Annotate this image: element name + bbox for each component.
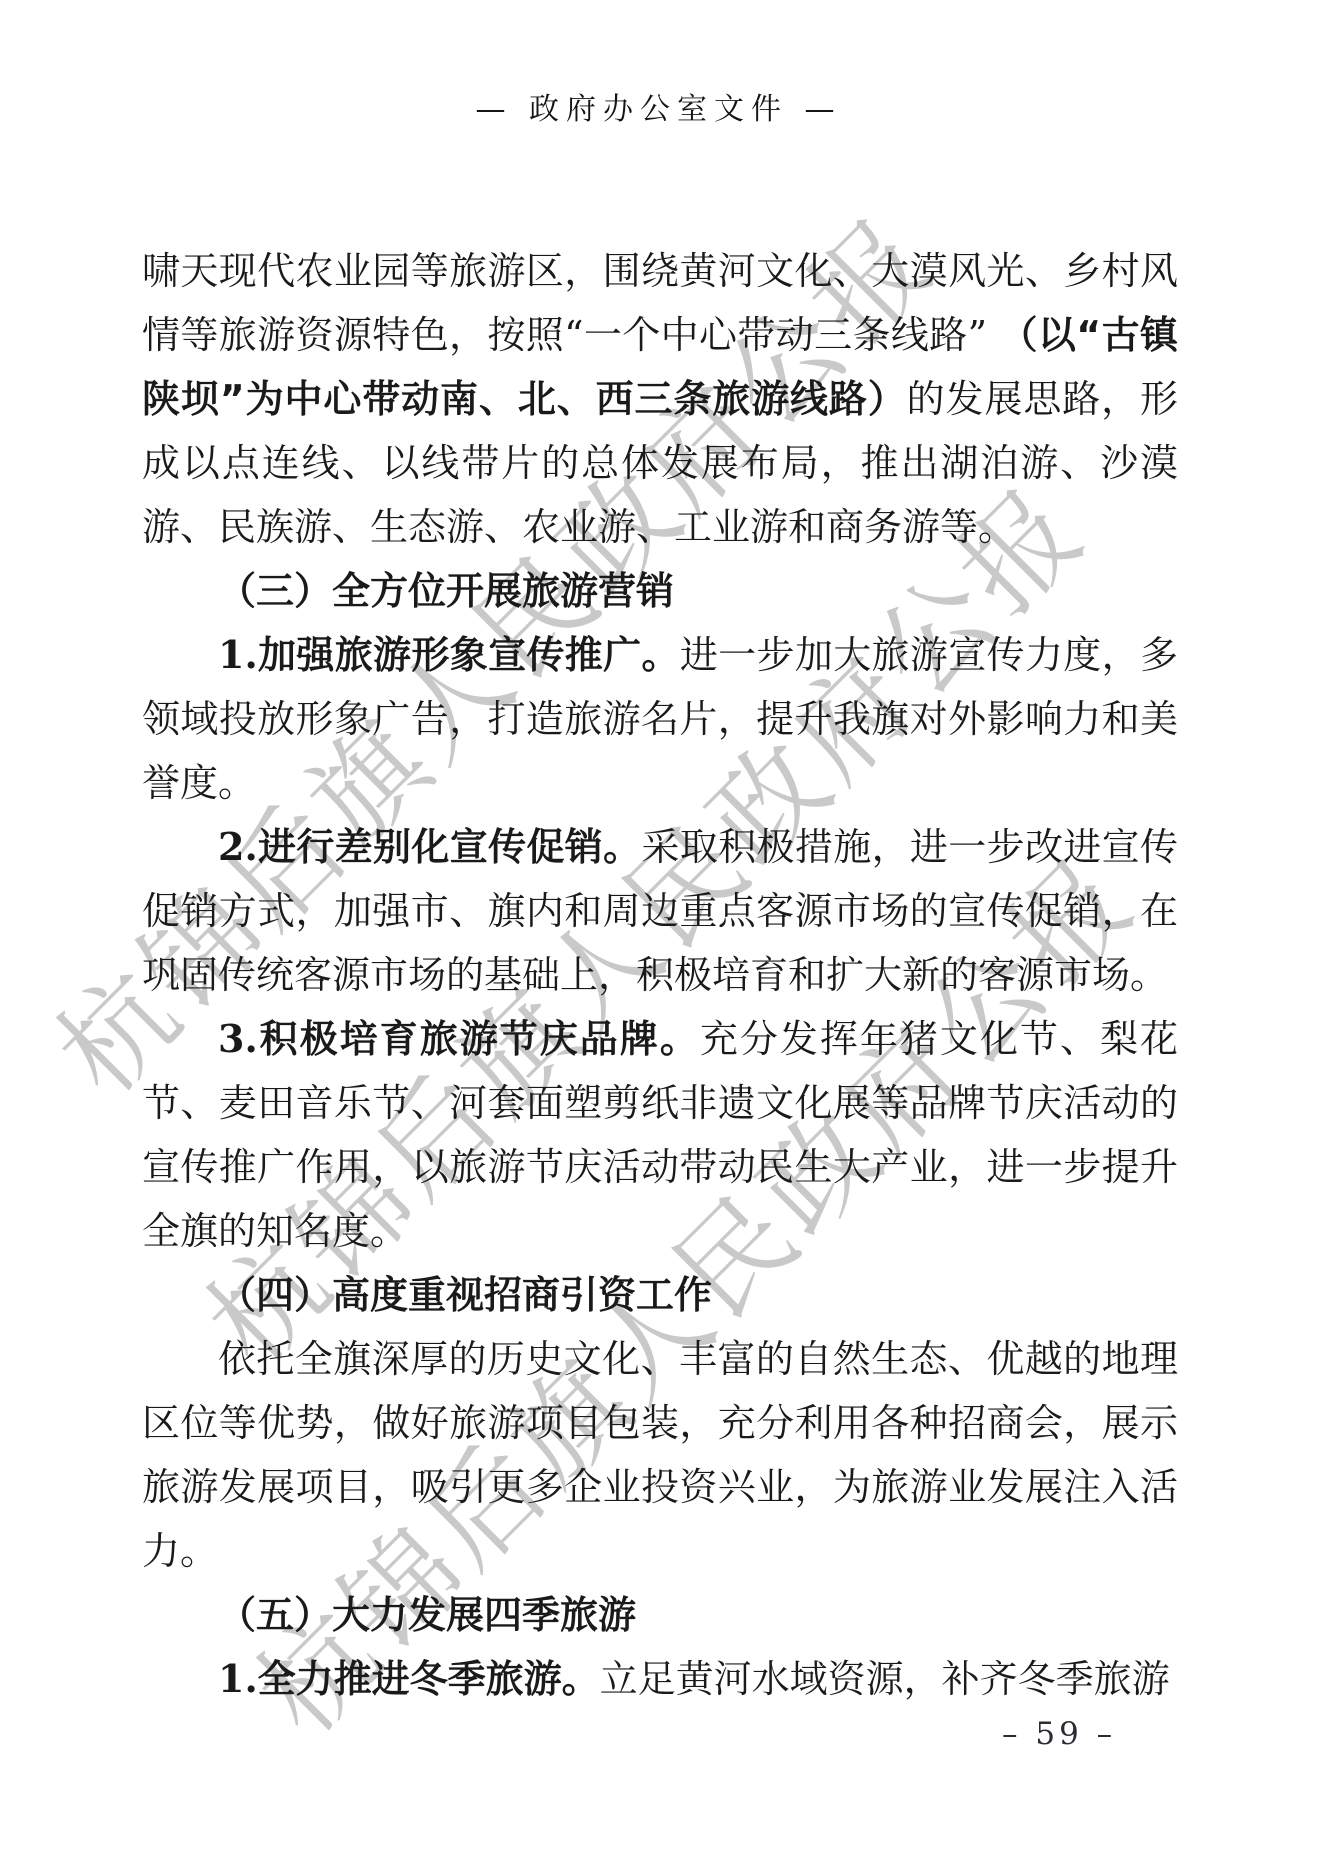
item-lead-in: 1.加强旅游形象宣传推广。 [218, 632, 680, 677]
body-text-run: 依托全旗深厚的历史文化、丰富的自然生态、优越的地理区位等优势，做好旅游项目包装，… [142, 1337, 1178, 1573]
header-title: — 政府办公室文件 — [475, 92, 841, 127]
paragraph-item-1b: 1.全力推进冬季旅游。立足黄河水域资源，补齐冬季旅游 [142, 1647, 1178, 1711]
document-header: — 政府办公室文件 — [0, 84, 1317, 128]
item-lead-in: 1.全力推进冬季旅游。 [218, 1656, 600, 1701]
body-text-run: 立足黄河水域资源，补齐冬季旅游 [600, 1657, 1170, 1701]
item-lead-in: 3.积极培育旅游节庆品牌。 [218, 1016, 700, 1061]
section-heading-5: （五）大力发展四季旅游 [142, 1583, 1178, 1647]
paragraph-item-2: 2.进行差别化宣传促销。采取积极措施，进一步改进宣传促销方式，加强市、旗内和周边… [142, 815, 1178, 1007]
item-lead-in: 2.进行差别化宣传促销。 [218, 824, 641, 869]
document-page: — 政府办公室文件 — 杭锦后旗人民政府公报 杭锦后旗人民政府公报 杭锦后旗人民… [0, 0, 1317, 1865]
document-body: 啸天现代农业园等旅游区，围绕黄河文化、大漠风光、乡村风情等旅游资源特色，按照“一… [142, 239, 1178, 1711]
section-heading-3: （三）全方位开展旅游营销 [142, 559, 1178, 623]
paragraph-continuation: 啸天现代农业园等旅游区，围绕黄河文化、大漠风光、乡村风情等旅游资源特色，按照“一… [142, 239, 1178, 559]
page-number: – 59 – [1002, 1716, 1116, 1752]
paragraph-body: 依托全旗深厚的历史文化、丰富的自然生态、优越的地理区位等优势，做好旅游项目包装，… [142, 1327, 1178, 1583]
section-heading-4: （四）高度重视招商引资工作 [142, 1263, 1178, 1327]
paragraph-item-1: 1.加强旅游形象宣传推广。进一步加大旅游宣传力度，多领域投放形象广告，打造旅游名… [142, 623, 1178, 815]
paragraph-item-3: 3.积极培育旅游节庆品牌。充分发挥年猪文化节、梨花节、麦田音乐节、河套面塑剪纸非… [142, 1007, 1178, 1263]
